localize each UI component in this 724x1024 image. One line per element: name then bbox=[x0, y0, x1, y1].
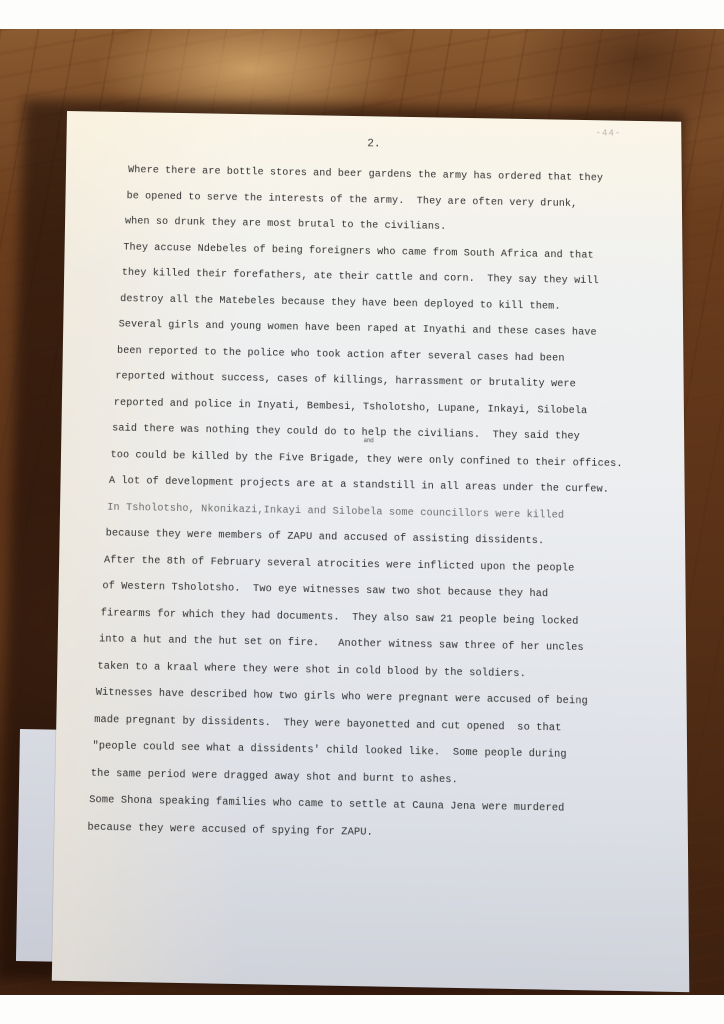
typed-page: -44- 2. and Where there are bottle store… bbox=[52, 111, 690, 992]
corner-mark: -44- bbox=[596, 128, 622, 138]
page-number: 2. bbox=[66, 133, 681, 156]
bottom-margin-bar bbox=[0, 995, 724, 1024]
typed-body-text: Where there are bottle stores and beer g… bbox=[118, 158, 675, 852]
photograph: ▪▪ ▪▪▪▪▪ ▪▪ ▪ ▪▪▪▪ ▪▪▪ ▪▪▪▪▪ ▪▪▪▪▪ ▪▪▪▪ … bbox=[0, 29, 724, 995]
top-margin-bar bbox=[0, 0, 724, 29]
